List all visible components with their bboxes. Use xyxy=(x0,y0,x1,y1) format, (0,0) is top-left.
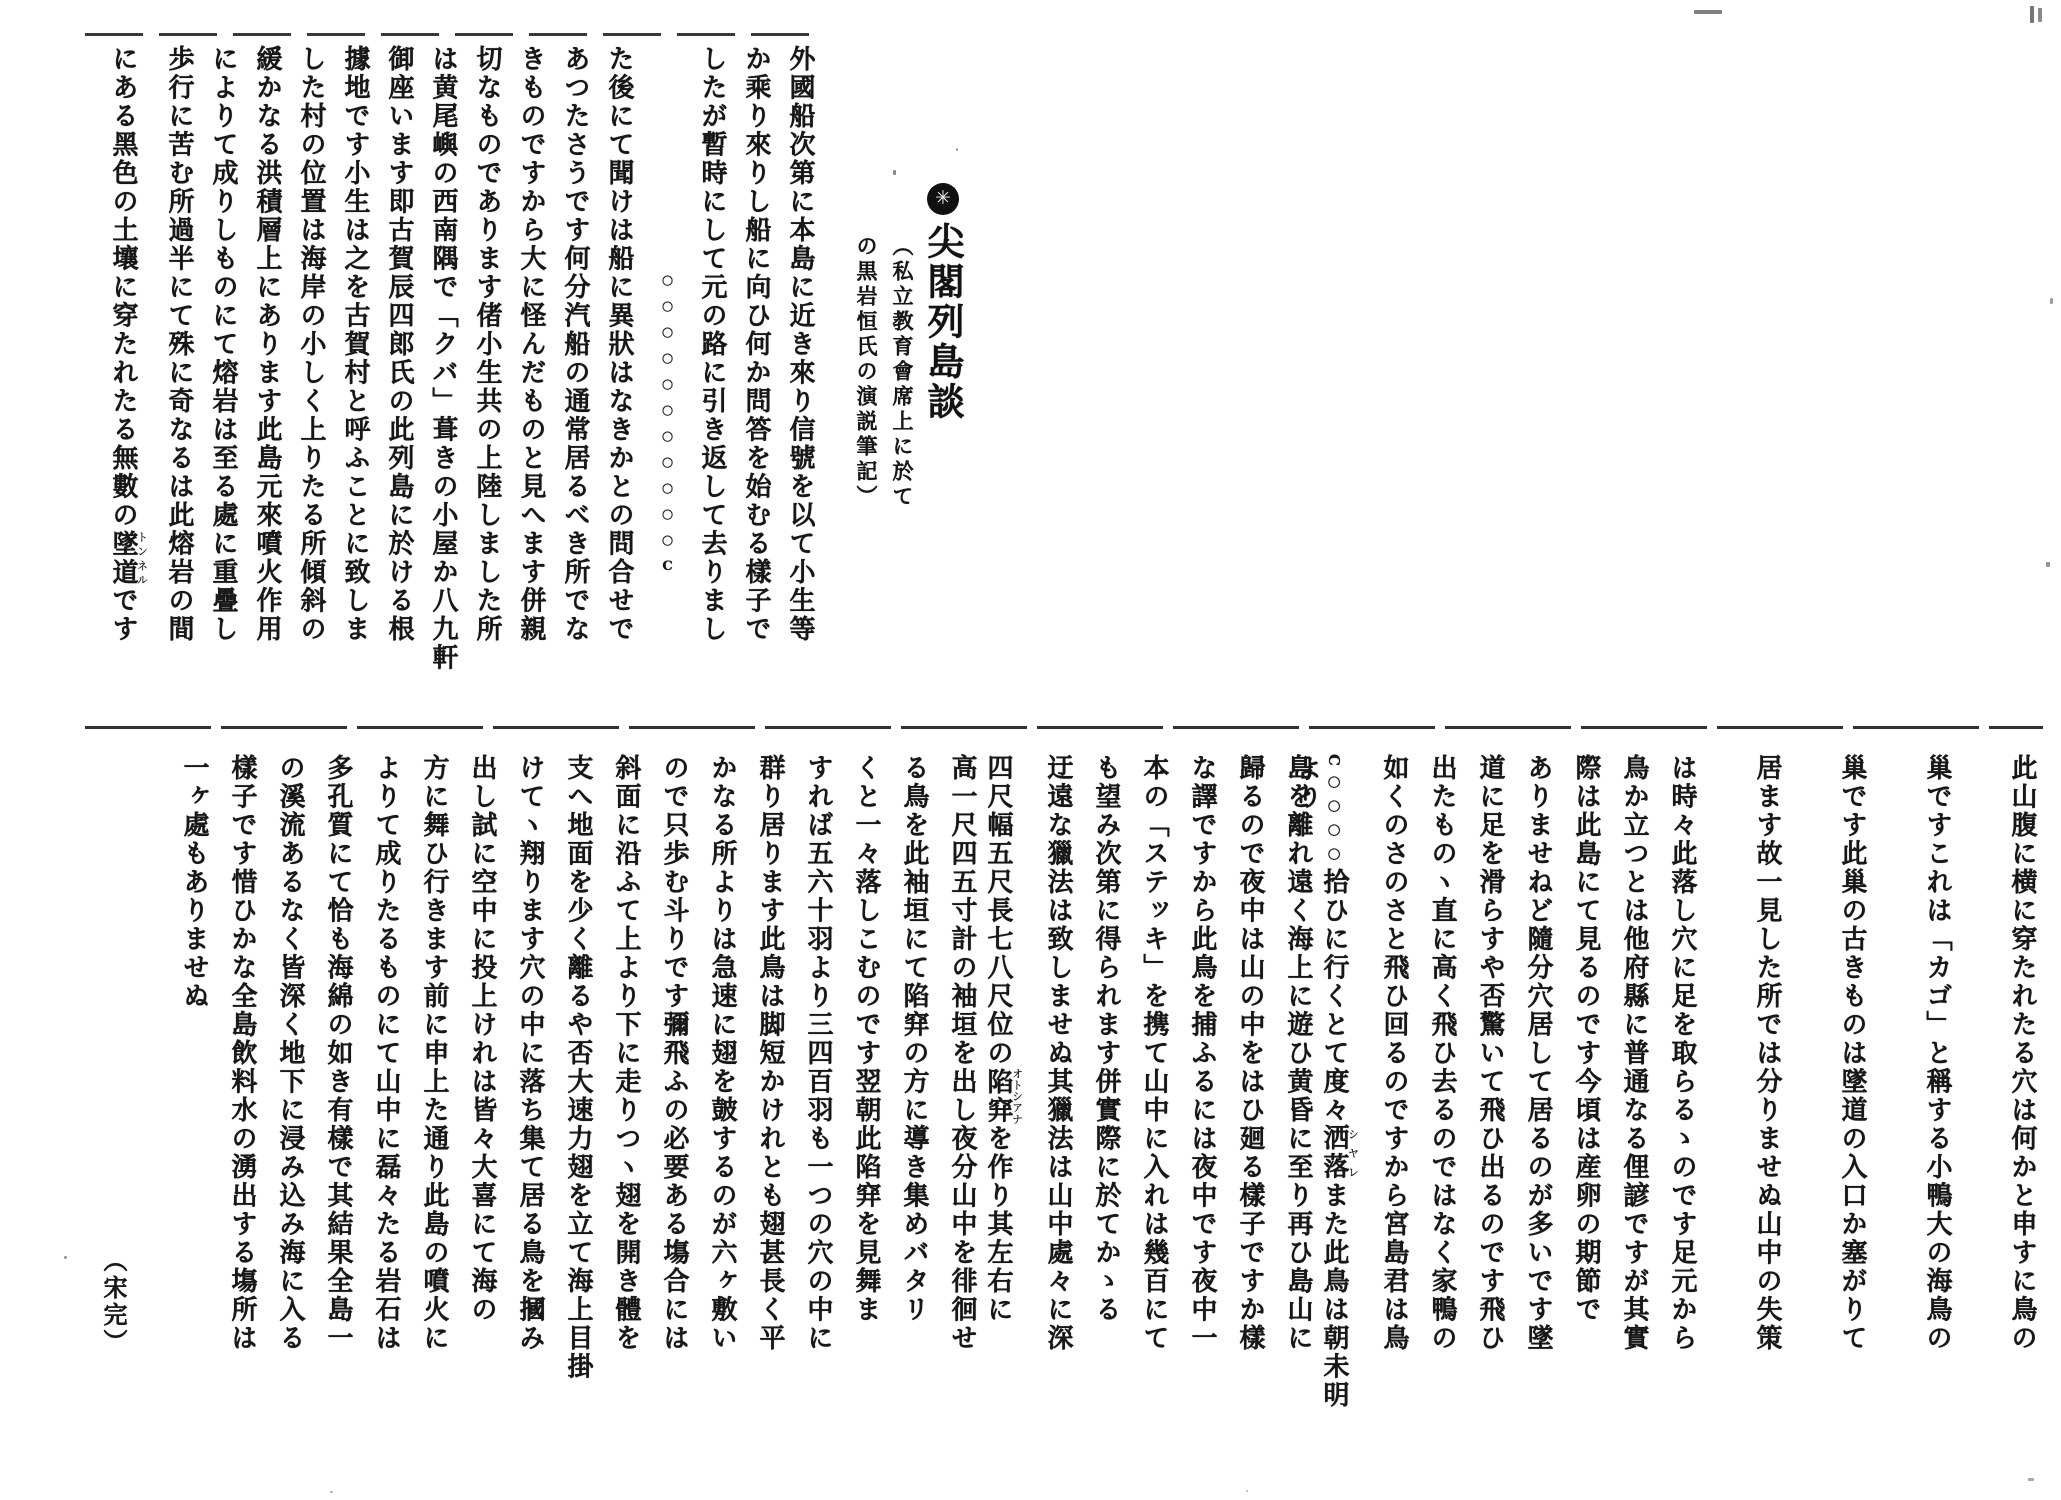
text-column: 歸るので夜中は山の中をはひ廻る樣子ですか樣 xyxy=(1236,754,1263,1414)
text-column: にある黑色の土壤に穿たれたる無數の墜道トンネルです xyxy=(121,45,148,702)
article-title: ✳尖閣列島談 xyxy=(916,183,968,753)
scanned-page: 外國船次第に本島に近き來り信號を以て小生等か乘り來りし船に向ひ何か問答を始むる樣… xyxy=(0,0,2061,1500)
text-column: C○○○○拾ひに行くとて度々洒落シヤレまた此鳥は朝未明より xyxy=(1332,754,1359,1414)
scan-speck xyxy=(64,1256,67,1259)
redaction-circles: ○○○○○C xyxy=(665,429,681,585)
text-column: 迂遠な獵法は致しませぬ其獵法は山中處々に深 xyxy=(1044,754,1071,1414)
text-column: かなる所よりは急速に翅を皷するのが六ヶ敷い xyxy=(708,754,735,1414)
text-column: 出し試に空中に投上けれは皆々大喜にて海の xyxy=(468,754,495,1414)
text-column: 群り居ります此鳥は脚短かけれとも翅甚長く平 xyxy=(756,754,783,1414)
scan-speck xyxy=(2046,562,2050,567)
article-title-block: ✳尖閣列島談 （私立教育會席上に於て の黒岩恒氏の演説筆記） xyxy=(818,183,968,753)
text-column: 巢です此巢の古きものは墜道の入口か塞がりて xyxy=(1838,754,1865,1414)
text-column: 如くのさのさと飛ひ回るのですから宮島君は鳥 xyxy=(1380,754,1407,1414)
text-column: 樣子です惜ひかな全島飲料水の湧出する塲所は xyxy=(228,754,255,1414)
text-column: 本の「ステッキ」を携て山中に入れは幾百にて xyxy=(1140,754,1167,1414)
text-column: は黄尾嶼の西南隅で「クバ」葺きの小屋か八九軒 xyxy=(429,45,456,702)
ruby-annotated-word: 陷穽オトシアナ xyxy=(983,1068,1013,1125)
scan-speck xyxy=(2038,8,2042,22)
text-column: ありませねど隨分穴居して居るのが多いです墜 xyxy=(1524,754,1551,1414)
text-column: すれば五六十羽より三四百羽も一つの穴の中に xyxy=(804,754,831,1414)
scan-speck xyxy=(330,1491,333,1493)
text-column: 高一尺四五寸計の袖垣を出し夜分山中を徘徊せ xyxy=(948,754,975,1414)
redaction-circles: ○○○○○○ xyxy=(665,273,681,429)
scan-speck xyxy=(893,170,896,175)
text-column: た後にて聞けは船に異狀はなきかとの問合せで xyxy=(605,45,632,702)
band-divider-rule xyxy=(85,726,2043,729)
text-column: 出たものヽ直に高く飛ひ去るのではなく家鴨の xyxy=(1428,754,1455,1414)
scan-speck xyxy=(956,148,958,151)
text-column: 御座います即古賀辰四郎氏の此列島に於ける根 xyxy=(385,45,412,702)
scan-speck xyxy=(2030,6,2034,23)
scan-speck xyxy=(1246,1490,1248,1492)
text-column: 道に足を滑らすや否驚いて飛ひ出るのです飛ひ xyxy=(1476,754,1503,1414)
ruby-annotated-word: 墜道トンネル xyxy=(108,530,138,587)
text-column: は時々此落し穴に足を取らるゝのです足元から xyxy=(1668,754,1695,1414)
text-column: 支へ地面を少く離るや否大速力翅を立て海上目掛 xyxy=(564,754,591,1414)
text-column: 據地です小生は之を古賀村と呼ふことに致しま xyxy=(341,45,368,702)
ruby-annotated-word: 洒落シヤレ xyxy=(1319,1124,1349,1181)
text-column: 島を離れ遠く海上に遊ひ黄昏に至り再ひ島山に xyxy=(1284,754,1311,1414)
text-column: 切なものであります偖小生共の上陸しました所 xyxy=(473,45,500,702)
text-column: けてヽ翔ります穴の中に落ち集て居る鳥を摑み xyxy=(516,754,543,1414)
text-column: 四尺幅五尺長七八尺位の陷穽オトシアナを作り其左右に xyxy=(996,754,1023,1414)
text-column: 鳥か立つとは他府縣に普通なる俚諺ですが其實 xyxy=(1620,754,1647,1414)
scan-speck xyxy=(584,905,587,908)
text-column: 外國船次第に本島に近き來り信號を以て小生等 xyxy=(786,45,813,702)
text-column: したが暫時にして元の路に引き返して去りまし xyxy=(698,45,725,702)
text-column: よりて成りたるものにて山中に磊々たる岩石は xyxy=(372,754,399,1414)
article-end-mark: （宋完） xyxy=(96,1248,131,1356)
text-column: か乘り來りし船に向ひ何か問答を始むる樣子で xyxy=(742,45,769,702)
text-column: も望み次第に得られます併實際に於てかゝる xyxy=(1092,754,1119,1414)
text-column: の溪流あるなく皆深く地下に浸み込み海に入る xyxy=(276,754,303,1414)
scan-speck xyxy=(1694,10,1722,14)
redaction-circles-column: ○○○○○○○○○○○C xyxy=(649,45,681,702)
top-text-band: 外國船次第に本島に近き來り信號を以て小生等か乘り來りし船に向ひ何か問答を始むる樣… xyxy=(85,45,813,702)
scan-speck xyxy=(2050,298,2053,304)
text-column: ので只歩む斗りです彌飛ふの必要ある塲合には xyxy=(660,754,687,1414)
text-column: な譯ですから此鳥を捕ふるには夜中です夜中一 xyxy=(1188,754,1215,1414)
top-rule xyxy=(85,33,813,36)
text-column: 緩かなる洪積層上にあります此島元來噴火作用 xyxy=(253,45,280,702)
text-column: 斜面に沿ふて上より下に走りつヽ翅を開き體を xyxy=(612,754,639,1414)
text-column: 方に舞ひ行きます前に申上た通り此島の噴火に xyxy=(420,754,447,1414)
article-subtitle-line-2: の黒岩恒氏の演説筆記） xyxy=(853,183,880,753)
text-column: くと一々落しこむのです翌朝此陷穽を見舞ま xyxy=(852,754,879,1414)
text-column: あつたさうです何分汽船の通常居るべき所でな xyxy=(561,45,588,702)
text-column: きものですから大に怪んだものと見へます併親 xyxy=(517,45,544,702)
text-column: る鳥を此袖垣にて陷穽の方に導き集めバタリ xyxy=(900,754,927,1414)
text-column: 多孔質にて恰も海綿の如き有樣で其結果全島一 xyxy=(324,754,351,1414)
text-column: によりて成りしものにて熔岩は至る處に重疊し xyxy=(209,45,236,702)
scan-speck xyxy=(2028,1478,2034,1481)
article-subtitle-line-1: （私立教育會席上に於て xyxy=(889,183,916,753)
text-column: 巢ですこれは「カゴ」と稱する小鴨大の海鳥の xyxy=(1923,754,1950,1414)
title-crest-icon: ✳ xyxy=(927,183,959,215)
text-column: した村の位置は海岸の小しく上りたる所傾斜の xyxy=(297,45,324,702)
bottom-text-band: 此山腹に横に穿たれたる穴は何かと申すに鳥の巢ですこれは「カゴ」と稱する小鴨大の海… xyxy=(85,754,2035,1414)
article-title-text: 尖閣列島談 xyxy=(921,222,965,422)
text-column: 此山腹に横に穿たれたる穴は何かと申すに鳥の xyxy=(2008,754,2035,1414)
redaction-circles: C○○○○ xyxy=(1325,754,1343,868)
text-column: 際は此島にて見るのです今頃は産卵の期節で xyxy=(1572,754,1599,1414)
text-column: 一ヶ處もありませぬ xyxy=(180,754,207,1414)
text-column: 居ます故一見した所では分りませぬ山中の失策 xyxy=(1753,754,1780,1414)
text-column: 歩行に苦む所過半にて殊に奇なるは此熔岩の間 xyxy=(165,45,192,702)
